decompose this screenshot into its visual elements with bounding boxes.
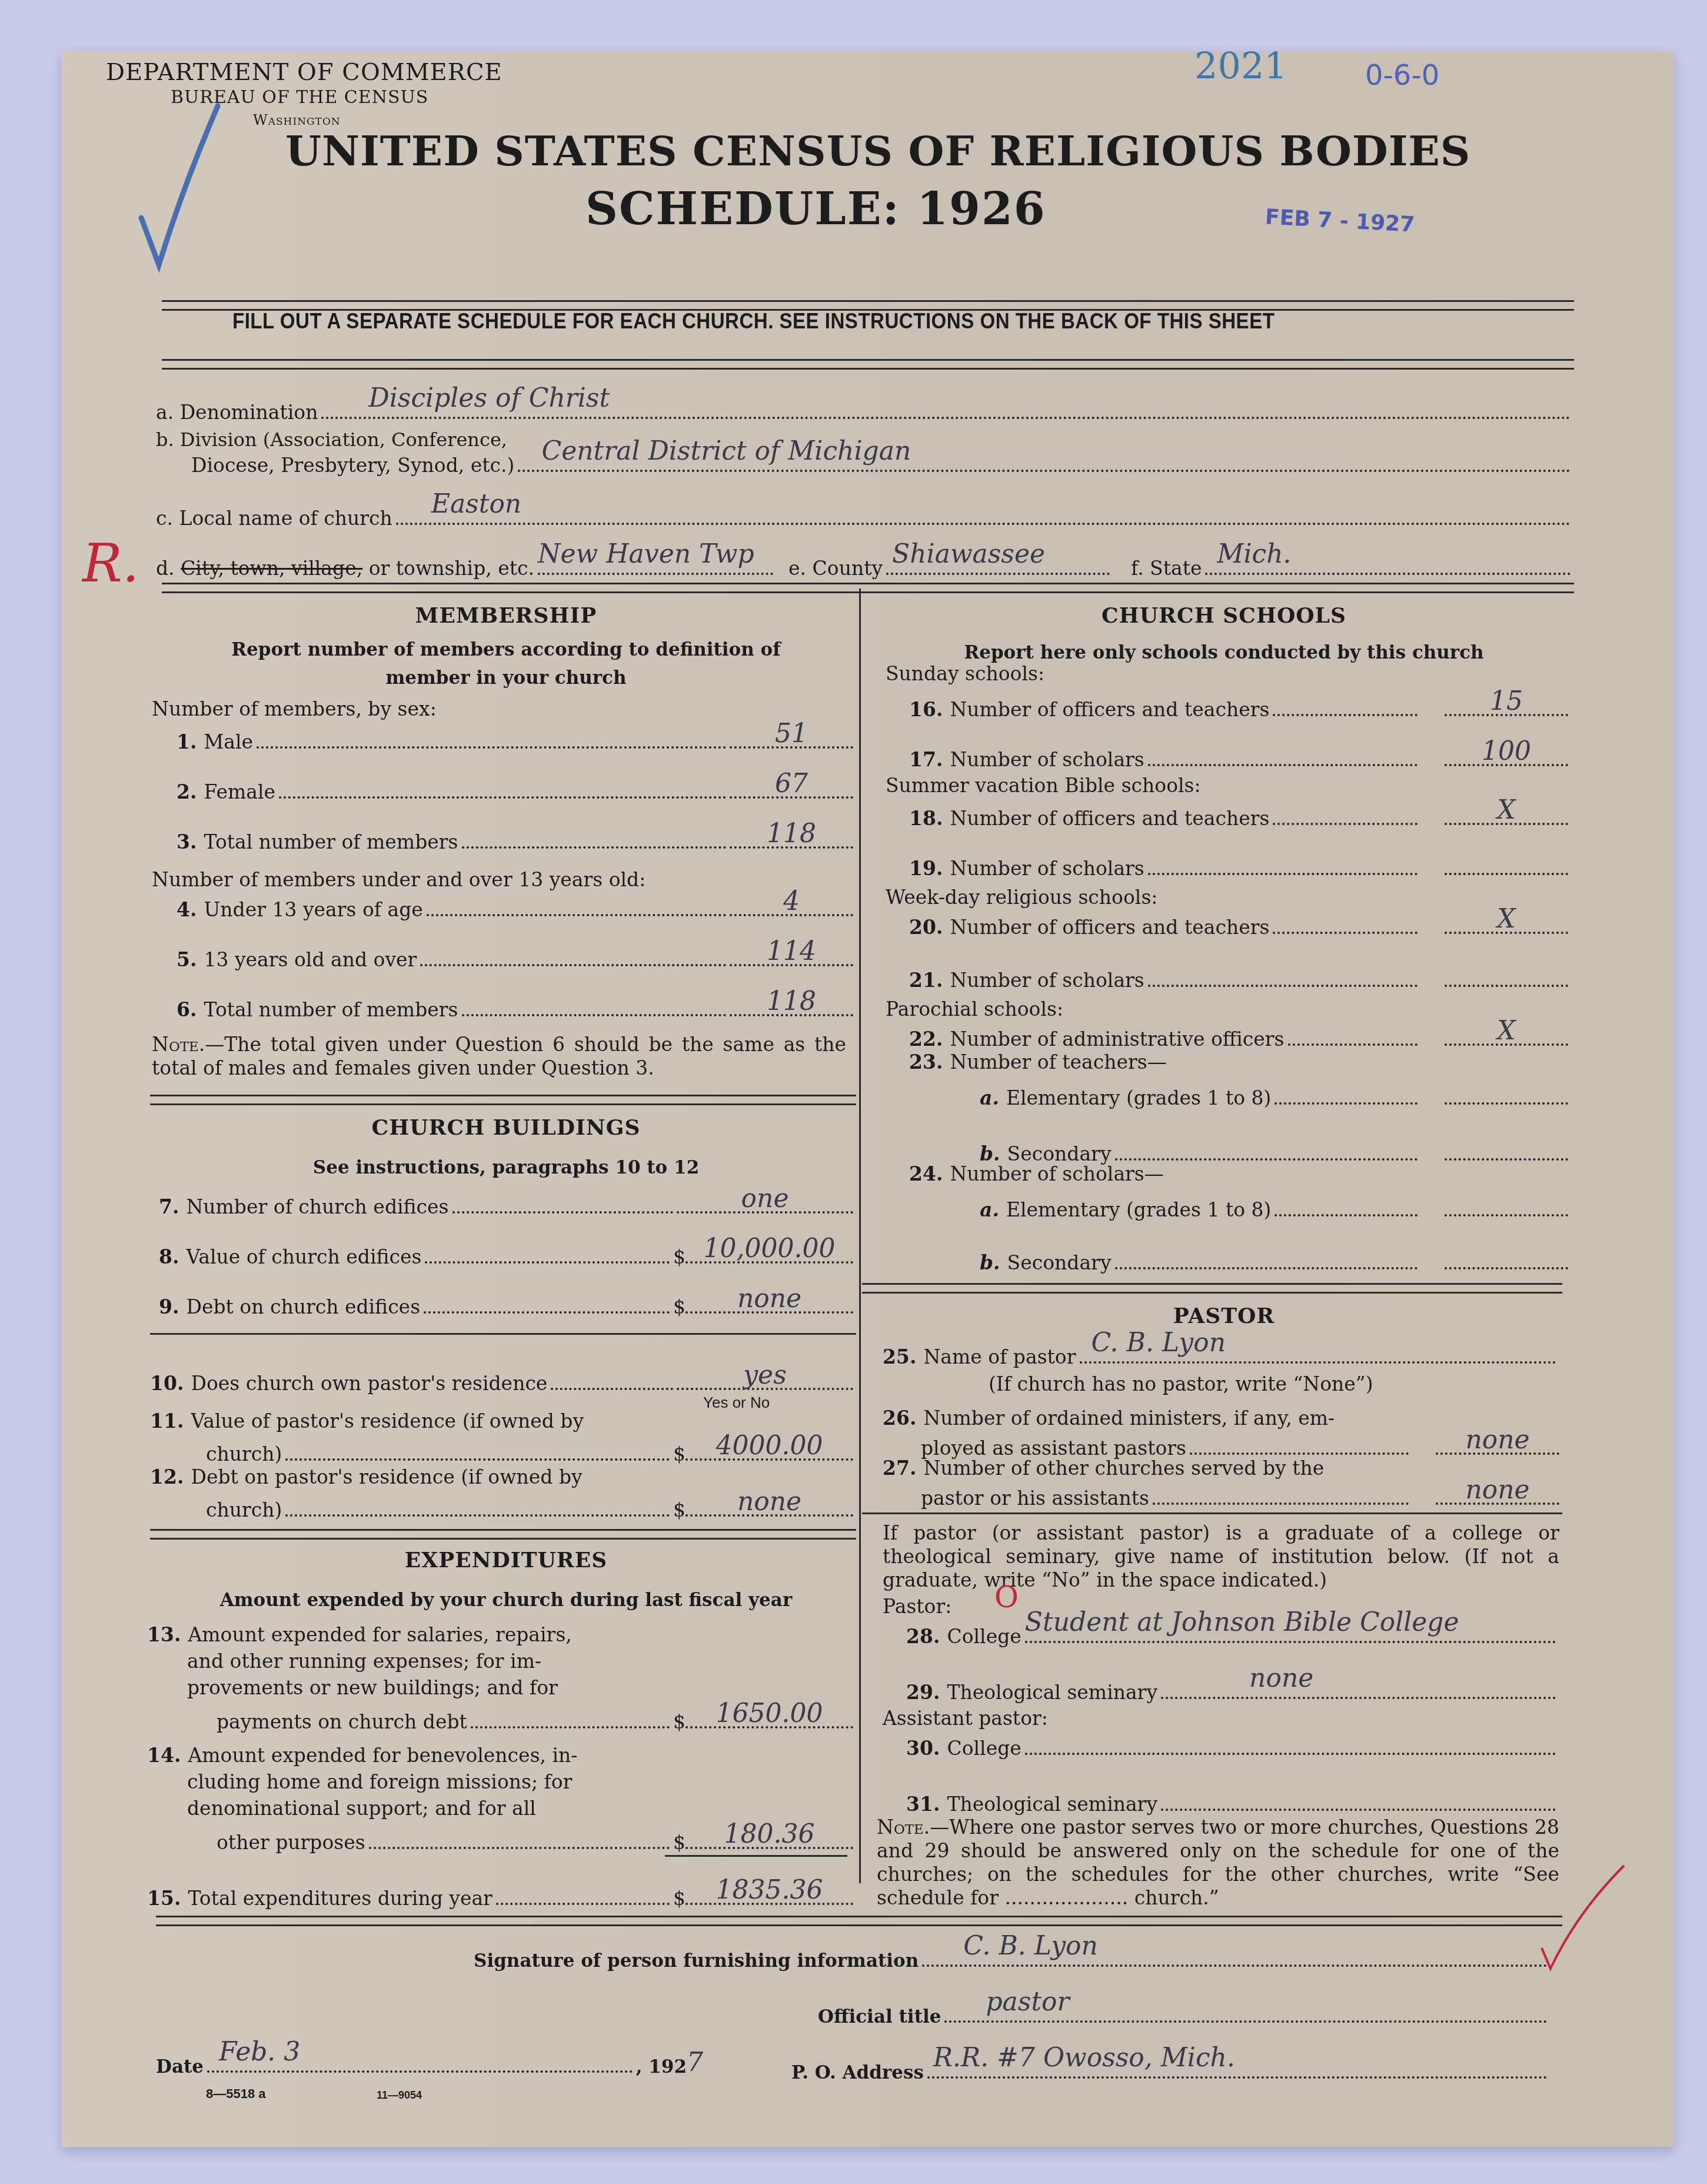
summer-schools-label: Summer vacation Bible schools: [886,774,1201,797]
schools-row: a. Elementary (grades 1 to 8) [980,1192,1568,1221]
membership-title: MEMBERSHIP [153,603,859,628]
assistant-ministers-field[interactable]: none [1436,1451,1559,1455]
local-name-field[interactable]: Easton [396,523,1570,525]
buildings-row: church) $ 4000.00 [206,1436,853,1465]
under-13-label: Under 13 years of age [204,898,422,921]
membership-row: 6. Total number of members 118 [177,992,853,1021]
buildings-row: 7. Number of church edifices one [159,1189,853,1218]
secondary-teachers-field[interactable] [1445,1157,1568,1161]
question-number: 22. [909,1028,943,1051]
total-members-label: Total number of members [204,830,458,853]
edifices-debt-field[interactable]: none [686,1310,853,1314]
question-number: 1. [177,730,197,753]
department-heading: DEPARTMENT OF COMMERCE [106,59,503,86]
dollar-sign: $ [673,1245,686,1268]
edifices-value-field[interactable]: 10,000.00 [686,1260,853,1264]
label: Number of officers and teachers [950,916,1269,939]
question-number: 27. [883,1457,916,1480]
question-number: 2. [177,780,197,803]
expenditures-title: EXPENDITURES [153,1548,859,1573]
total-expenditures-value: 1835.36 [716,1875,823,1905]
total-members-value: 118 [767,819,816,849]
question-number: 17. [909,748,943,771]
label-line: Amount expended for benevolences, in- [188,1744,577,1767]
label: Elementary (grades 1 to 8) [1006,1086,1272,1109]
membership-row: 3. Total number of members 118 [177,824,853,853]
divider [862,1512,1562,1514]
state-field[interactable]: Mich. [1205,573,1570,575]
residence-value-label-2: church) [206,1442,282,1465]
city-label-struck: City, town, village, [181,557,362,580]
edifices-count-field[interactable]: one [677,1210,853,1214]
weekday-officers-field[interactable]: X [1445,930,1568,934]
note-text: —Where one pastor serves two or more chu… [877,1816,1559,1909]
assistant-ministers-label-1: 26.Number of ordained ministers, if any,… [883,1407,1335,1430]
by-sex-label: Number of members, by sex: [152,697,437,720]
schools-row: 19. Number of scholars [909,850,1568,880]
female-label: Female [204,780,275,803]
question-number: 4. [177,898,197,921]
weekday-schools-label: Week-day religious schools: [886,886,1157,909]
label-line: denominational support; and for all [147,1795,578,1821]
membership-row: 1. Male 51 [177,724,853,753]
weekday-scholars-field[interactable] [1445,983,1568,987]
pastor-row: 30. College [906,1727,1559,1760]
total-members-age-value: 118 [767,986,816,1016]
township-value: New Haven Twp [538,539,754,569]
sunday-officers-value: 15 [1490,686,1523,716]
official-title-label: Official title [818,2006,941,2027]
pastor-row: pastor or his assistants none [921,1480,1559,1510]
owns-residence-value: yes [743,1360,786,1390]
question-number: 30. [906,1737,940,1760]
owns-residence-label: Does church own pastor's residence [191,1372,547,1395]
edifices-value-label: Value of church edifices [186,1245,421,1268]
residence-value-field[interactable]: 4000.00 [686,1457,853,1461]
over-13-field[interactable]: 114 [730,963,853,966]
label: Secondary [1007,1251,1112,1274]
weekday-officers-value: X [1497,904,1515,934]
residence-debt-value: none [737,1487,801,1517]
sunday-officers-field[interactable]: 15 [1445,713,1568,716]
pastor-row: ployed as assistant pastors none [921,1430,1559,1460]
residence-debt-label-1: 12.Debt on pastor's residence (if owned … [150,1465,583,1488]
male-field[interactable]: 51 [730,745,853,749]
divider [162,583,1574,593]
denomination-label: a. Denomination [156,401,318,424]
parochial-admin-field[interactable]: X [1445,1042,1568,1046]
residence-value-label-1: 11.Value of pastor's residence (if owned… [150,1410,584,1432]
city-label-prefix: d. [156,557,175,580]
assistant-college-label: College [947,1737,1021,1760]
city-label: or township, etc. [369,557,534,580]
question-number: 15. [147,1887,181,1910]
local-name-label: c. Local name of church [156,507,392,530]
label-line: other purposes [217,1831,365,1854]
official-title-field[interactable]: pastor [944,2020,1547,2023]
schools-row: a. Elementary (grades 1 to 8) [980,1080,1568,1109]
label-line: cluding home and foreign missions; for [147,1769,578,1795]
assistant-ministers-value: none [1465,1425,1529,1455]
sub-letter: a. [980,1198,999,1221]
owns-residence-field[interactable]: yes [677,1387,853,1390]
stamp-code: 0-6-0 [1365,59,1439,92]
local-name-value: Easton [431,489,521,519]
assistant-seminary-label: Theological seminary [947,1793,1157,1816]
residence-debt-label-2: church) [206,1498,282,1521]
scholars-heading: 24.Number of scholars— [909,1162,1164,1185]
question-number: 13. [147,1623,181,1646]
label: Number of scholars [950,969,1144,992]
seminary-label: Theological seminary [947,1681,1157,1704]
residence-debt-field[interactable]: none [686,1513,853,1517]
other-churches-value: none [1465,1475,1529,1505]
township-field[interactable]: New Haven Twp [538,573,773,575]
schools-row: 22. Number of administrative officers X [909,1021,1568,1051]
label: Number of scholars— [950,1162,1163,1185]
label: Number of ordained ministers, if any, em… [923,1407,1335,1430]
denomination-row: a. Denomination Disciples of Christ [156,383,1574,424]
church-buildings-title: CHURCH BUILDINGS [153,1115,859,1140]
male-value: 51 [775,719,808,749]
edifices-count-label: Number of church edifices [186,1195,448,1218]
over-13-value: 114 [767,936,816,966]
membership-subtitle: Report number of members according to de… [188,636,824,692]
state-label: f. State [1131,557,1202,580]
under-13-field[interactable]: 4 [730,913,853,916]
official-title-value: pastor [986,1987,1069,2017]
parochial-admin-value: X [1497,1016,1515,1046]
division-field[interactable]: Central District of Michigan [518,470,1570,472]
question-number: 12. [150,1465,184,1488]
sunday-scholars-field[interactable]: 100 [1445,763,1568,766]
county-value: Shiawassee [892,539,1045,569]
pastor-name-field[interactable]: C. B. Lyon [1080,1361,1556,1364]
dollar-sign: $ [673,1295,686,1318]
church-schools-title: CHURCH SCHOOLS [862,603,1586,628]
elementary-teachers-field[interactable] [1445,1101,1568,1105]
church-buildings-subtitle: See instructions, paragraphs 10 to 12 [153,1154,859,1182]
sunday-schools-label: Sunday schools: [886,662,1044,685]
question-number: 14. [147,1744,181,1767]
label: pastor or his assistants [921,1487,1149,1510]
question-number: 16. [909,698,943,721]
po-address-row: P. O. Address R.R. #7 Owosso, Mich. [791,2048,1550,2083]
year-prefix: , 192 [636,2056,687,2077]
local-name-row: c. Local name of church Easton [156,494,1574,530]
signature-label: Signature of person furnishing informati… [474,1950,919,1972]
seminary-value: none [1249,1663,1313,1693]
form-title: UNITED STATES CENSUS OF RELIGIOUS BODIES [285,127,1470,175]
pastor-row: 31. Theological seminary [906,1783,1559,1816]
edifices-value-value: 10,000.00 [704,1234,836,1264]
division-row: Diocese, Presbytery, Synod, etc.) Centra… [191,447,1574,477]
date-value: Feb. 3 [219,2037,300,2067]
over-13-label: 13 years old and over [204,948,417,971]
label: Number of scholars [950,748,1144,771]
instruction-bar: FILL OUT A SEPARATE SCHEDULE FOR EACH CH… [232,309,1275,334]
pastor-note: Note.—Where one pastor serves two or mor… [877,1816,1559,1910]
expense-row: 15. Total expenditures during year $ 183… [147,1880,853,1910]
pastor-name-value: C. B. Lyon [1092,1328,1226,1358]
division-label-2: Diocese, Presbytery, Synod, etc.) [191,454,514,477]
college-value: Student at Johnson Bible College [1025,1607,1459,1637]
question-number: 23. [909,1051,943,1073]
residence-value-label: Value of pastor's residence (if owned by [191,1410,584,1432]
label-line: and other running expenses; for im- [147,1648,572,1674]
edifices-debt-label: Debt on church edifices [186,1295,420,1318]
divider [156,1916,1562,1926]
divider [150,1095,856,1105]
membership-note: Note.—The total given under Question 6 s… [152,1033,846,1080]
date-row: Date Feb. 3 , 192 7 [156,2042,703,2077]
schools-row: b. Secondary [980,1245,1568,1274]
residence-debt-label: Debt on pastor's residence (if owned by [191,1465,582,1488]
schools-row: 21. Number of scholars [909,962,1568,992]
question-number: 20. [909,916,943,939]
benevolences-value: 180.36 [724,1819,815,1849]
secondary-scholars-field[interactable] [1445,1266,1568,1269]
schools-row: 18. Number of officers and teachers X [909,800,1568,830]
female-value: 67 [775,769,808,799]
schools-row: b. Secondary [980,1136,1568,1165]
denomination-value: Disciples of Christ [368,383,610,413]
signature-value: C. B. Lyon [963,1931,1098,1961]
denomination-field[interactable]: Disciples of Christ [321,417,1570,419]
question-number: 5. [177,948,197,971]
stamp-number: 2021 [1194,44,1287,87]
pastor-title: PASTOR [862,1304,1586,1328]
other-churches-label-1: 27.Number of other churches served by th… [883,1457,1324,1480]
parochial-schools-label: Parochial schools: [886,998,1063,1020]
question-number: 21. [909,969,943,992]
buildings-row: 9. Debt on church edifices $ none [159,1289,853,1318]
expense-14-label: 14.Amount expended for benevolences, in-… [147,1742,578,1821]
question-number: 9. [159,1295,179,1318]
date-field[interactable]: Feb. 3 [207,2070,633,2073]
label: Number of scholars [950,857,1144,880]
label: Number of administrative officers [950,1028,1284,1051]
buildings-row: church) $ none [206,1492,853,1521]
pastor-row: 29. Theological seminary none [906,1671,1559,1704]
total-members-age-field[interactable]: 118 [730,1013,853,1016]
expense-13-label: 13.Amount expended for salaries, repairs… [147,1621,572,1701]
membership-row: 2. Female 67 [177,774,853,803]
signature-field[interactable]: C. B. Lyon [922,1964,1547,1967]
no-pastor-hint: (If church has no pastor, write “None”) [989,1372,1373,1395]
divider [862,1283,1562,1294]
expenditures-subtitle: Amount expended by your church during la… [153,1586,859,1614]
total-members-field[interactable]: 118 [730,845,853,849]
total-expenditures-label: Total expenditures during year [188,1887,492,1910]
schools-row: 16. Number of officers and teachers 15 [909,692,1568,721]
yes-or-no-hint: Yes or No [703,1394,770,1412]
total-members-age-label: Total number of members [204,998,458,1021]
schedule-year: SCHEDULE: 1926 [585,182,1046,235]
by-age-label: Number of members under and over 13 year… [152,868,645,891]
dollar-sign: $ [673,1710,686,1733]
po-address-label: P. O. Address [791,2062,924,2083]
expense-row: other purposes $ 180.36 [217,1824,853,1854]
membership-row: 4. Under 13 years of age 4 [177,892,853,921]
print-number: 11—9054 [377,2089,422,2102]
label: Number of officers and teachers [950,807,1269,830]
summer-scholars-field[interactable] [1445,872,1568,875]
question-number: 31. [906,1793,940,1816]
question-number: 11. [150,1410,184,1432]
city-heading: Washington [253,112,341,128]
edifices-count-value: one [741,1184,789,1214]
blue-checkmark-icon [129,100,224,277]
sub-letter: b. [980,1251,1000,1274]
buildings-row: 8. Value of church edifices $ 10,000.00 [159,1239,853,1268]
signature-row: Signature of person furnishing informati… [474,1936,1550,1972]
membership-row: 5. 13 years old and over 114 [177,942,853,971]
question-number: 8. [159,1245,179,1268]
dollar-sign: $ [673,1498,686,1521]
po-address-value: R.R. #7 Owosso, Mich. [933,2043,1235,2073]
divider [150,1333,856,1335]
note-text: —The total given under Question 6 should… [152,1033,846,1079]
college-label: College [947,1625,1021,1648]
pastor-row: 28. College Student at Johnson Bible Col… [906,1615,1559,1648]
state-value: Mich. [1217,539,1291,569]
pastor-row: 25. Name of pastor C. B. Lyon [883,1336,1559,1368]
seminary-field[interactable]: none [1161,1697,1556,1699]
label-line: payments on church debt [217,1710,467,1733]
assistant-college-field[interactable] [1025,1753,1556,1755]
county-field[interactable]: Shiawassee [886,573,1110,575]
assistant-pastor-subheading: Assistant pastor: [883,1707,1048,1730]
divider [150,1529,856,1540]
po-address-field[interactable]: R.R. #7 Owosso, Mich. [927,2076,1547,2079]
red-initials: R. [82,533,139,594]
schools-row: 20. Number of officers and teachers X [909,909,1568,939]
under-13-value: 4 [783,886,800,916]
question-number: 26. [883,1407,916,1430]
benevolences-field[interactable]: 180.36 [686,1846,853,1849]
female-field[interactable]: 67 [730,795,853,799]
label-line: provements or new buildings; and for [147,1674,572,1701]
question-number: 24. [909,1162,943,1185]
question-number: 10. [150,1372,184,1395]
question-number: 7. [159,1195,179,1218]
male-label: Male [204,730,253,753]
label: Number of teachers— [950,1051,1166,1073]
date-label: Date [156,2056,204,2077]
question-number: 6. [177,998,197,1021]
running-expenses-value: 1650.00 [716,1698,823,1728]
form-number: 8—5518 a [206,2086,266,2102]
total-expenditures-field[interactable]: 1835.36 [686,1902,853,1905]
question-number: 25. [883,1345,916,1368]
question-number: 3. [177,830,197,853]
dollar-sign: $ [673,1887,686,1910]
label: Number of officers and teachers [950,698,1269,721]
dollar-sign: $ [673,1831,686,1854]
expense-row: payments on church debt $ 1650.00 [217,1704,853,1733]
county-label: e. County [788,557,883,580]
label-line: Amount expended for salaries, repairs, [188,1623,571,1646]
teachers-heading: 23.Number of teachers— [909,1051,1167,1073]
schools-row: 17. Number of scholars 100 [909,742,1568,771]
question-number: 18. [909,807,943,830]
official-title-row: Official title pastor [818,1992,1550,2027]
red-circle-mark: O [994,1580,1019,1614]
sum-line [665,1855,847,1857]
divider [162,359,1574,370]
label: Number of other churches served by the [923,1457,1324,1480]
note-prefix: Note. [877,1816,930,1839]
division-value: Central District of Michigan [541,436,911,466]
pastor-name-label: Name of pastor [923,1345,1076,1368]
buildings-row: 10. Does church own pastor's residence y… [150,1365,853,1395]
college-field[interactable]: Student at Johnson Bible College [1025,1641,1556,1643]
question-number: 28. [906,1625,940,1648]
sub-letter: a. [980,1086,999,1109]
dollar-sign: $ [673,1442,686,1465]
summer-officers-value: X [1497,795,1515,825]
question-number: 29. [906,1681,940,1704]
column-divider [859,589,861,1883]
note-prefix: Note. [152,1033,205,1056]
year-suffix[interactable]: 7 [687,2047,703,2077]
label: Elementary (grades 1 to 8) [1006,1198,1272,1221]
location-row: d. City, town, village, or township, etc… [156,544,1574,580]
pastor-subheading: Pastor: [883,1595,951,1618]
elementary-scholars-field[interactable] [1445,1213,1568,1216]
other-churches-field[interactable]: none [1436,1501,1559,1505]
assistant-seminary-field[interactable] [1161,1809,1556,1811]
sunday-scholars-value: 100 [1482,736,1531,766]
graduate-instructions: If pastor (or assistant pastor) is a gra… [883,1521,1559,1592]
question-number: 19. [909,857,943,880]
edifices-debt-value: none [737,1284,801,1314]
running-expenses-field[interactable]: 1650.00 [686,1725,853,1728]
residence-value-value: 4000.00 [716,1431,823,1461]
summer-officers-field[interactable]: X [1445,822,1568,825]
